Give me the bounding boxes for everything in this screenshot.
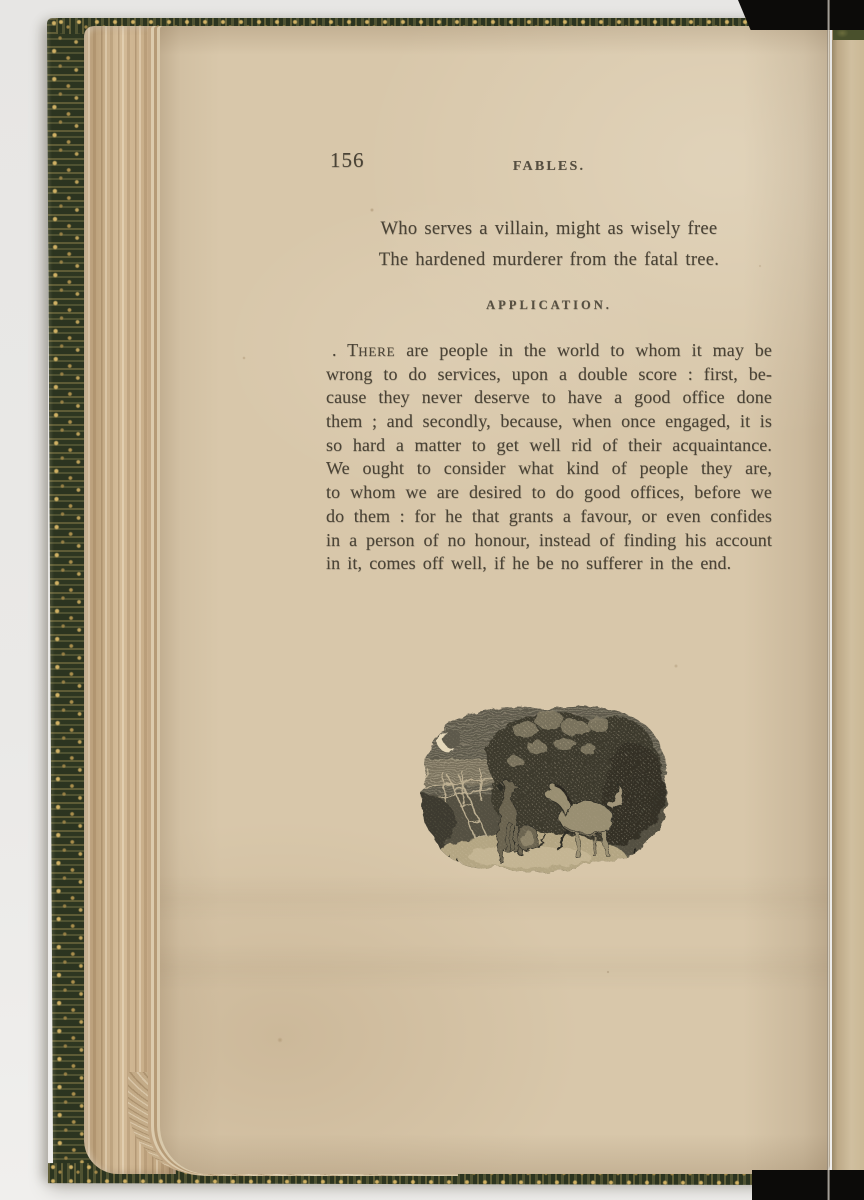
- paragraph-line: to whom we are desired to do good office…: [326, 481, 772, 505]
- paragraph-line: so hard a matter to get well rid of thei…: [326, 434, 772, 458]
- verse-line: The hardened murderer from the fatal tre…: [326, 245, 772, 276]
- photo-corner-top-right: [738, 0, 864, 30]
- paragraph-line: in it, comes off well, if he be no suffe…: [326, 552, 772, 576]
- verse-line: Who serves a villain, might as wisely fr…: [326, 214, 772, 245]
- photo-corner-bottom-right: [752, 1170, 864, 1200]
- section-heading: APPLICATION.: [326, 298, 772, 313]
- paragraph-line: in a person of no honour, instead of fin…: [326, 529, 772, 553]
- paragraph-line: We ought to consider what kind of people…: [326, 457, 772, 481]
- paragraph: . There are people in the world to whom …: [326, 339, 772, 576]
- first-line-prefix: . T: [332, 340, 358, 360]
- first-line-rest: are people in the world to whom it may b…: [395, 340, 772, 360]
- photo-background: 156 FABLES. Who serves a villain, might …: [0, 0, 864, 1200]
- verse: Who serves a villain, might as wisely fr…: [326, 214, 772, 275]
- book-page: 156 FABLES. Who serves a villain, might …: [160, 26, 830, 1174]
- fable-illustration-engraving: Wood-engraved vignette: moonlit night sc…: [398, 700, 676, 878]
- paragraph-line: them ; and secondly, because, when once …: [326, 410, 772, 434]
- paragraph-line: . There are people in the world to whom …: [326, 339, 772, 363]
- page-gutter-highlight: [827, 0, 830, 1200]
- running-header: FABLES.: [326, 159, 772, 175]
- facing-page-edge: [832, 24, 864, 1180]
- paragraph-line: cause they never deserve to have a good …: [326, 386, 772, 410]
- first-line-smallcaps: here: [358, 340, 395, 360]
- paragraph-line: do them : for he that grants a favour, o…: [326, 505, 772, 529]
- paragraph-line: wrong to do services, upon a double scor…: [326, 363, 772, 387]
